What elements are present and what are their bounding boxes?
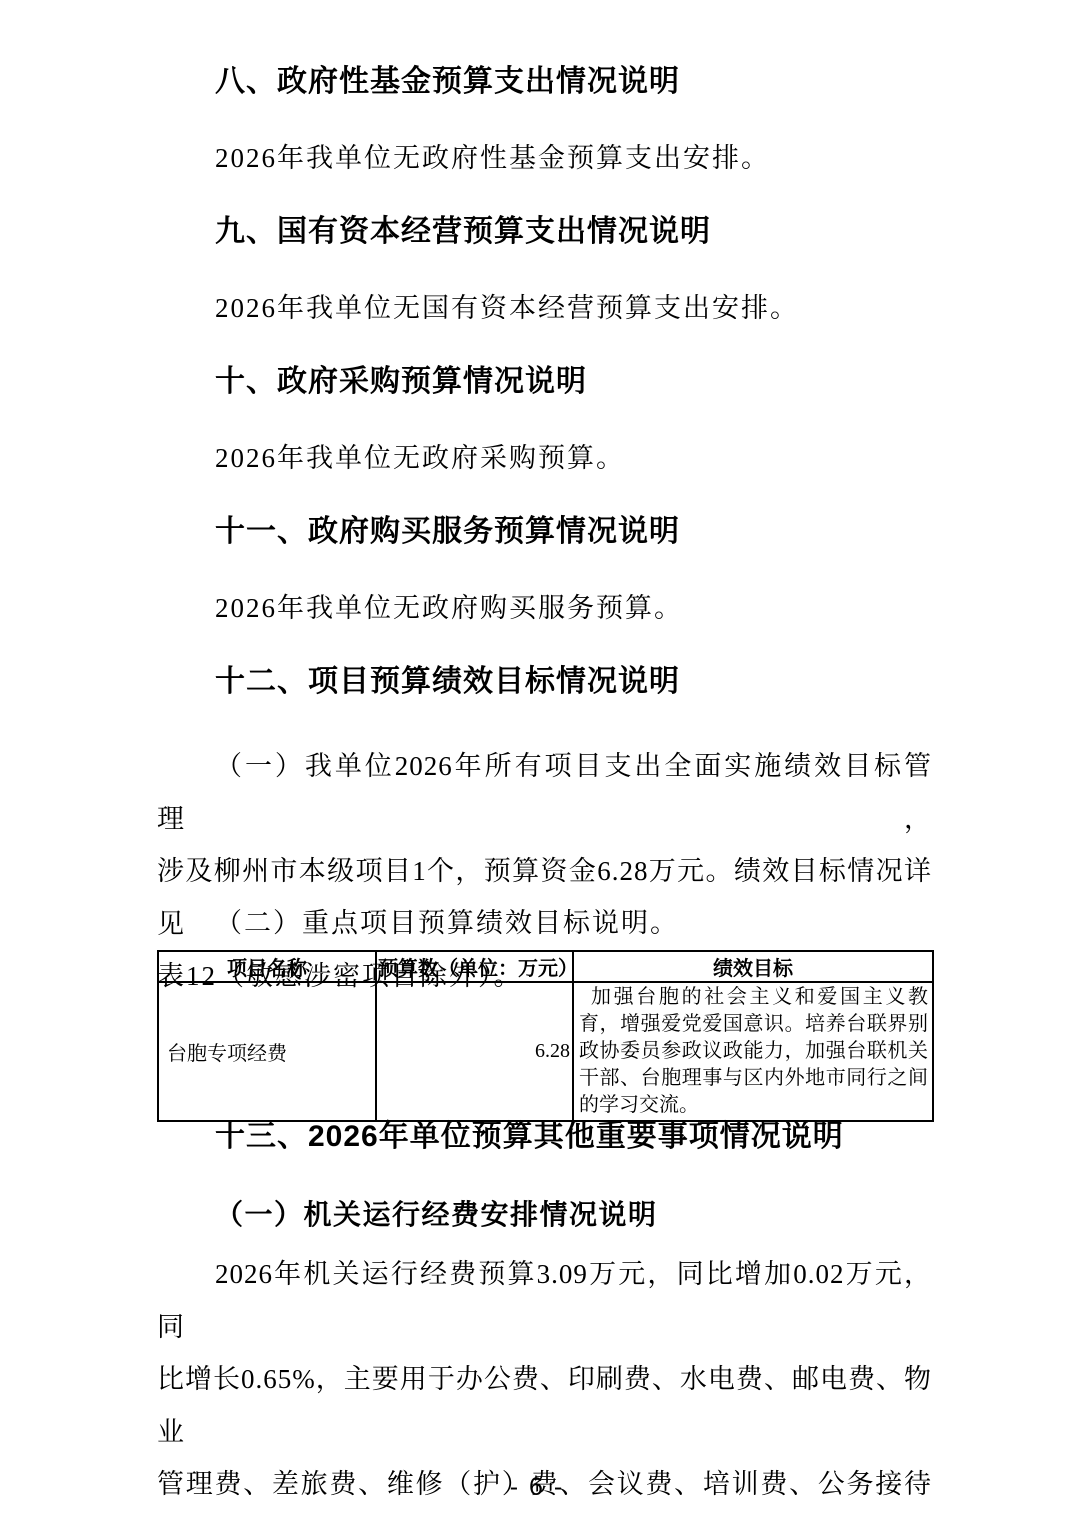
table-header-budget: 预算数（单位：万元）	[376, 951, 573, 982]
paragraph-line: （一）我单位2026年所有项目支出全面实施绩效目标管理，	[157, 740, 932, 845]
table-header-project-name: 项目名称	[158, 951, 376, 982]
section-body-9: 2026年我单位无国有资本经营预算支出安排。	[157, 290, 932, 326]
table-cell-budget: 6.28	[376, 982, 573, 1121]
section-heading-8: 八、政府性基金预算支出情况说明	[157, 62, 932, 102]
section-body-8: 2026年我单位无政府性基金预算支出安排。	[157, 140, 932, 176]
table-cell-goal: 加强台胞的社会主义和爱国主义教育，增强爱党爱国意识。培养台联界别政协委员参政议政…	[573, 982, 933, 1121]
paragraph-line: （二）重点项目预算绩效目标说明。	[157, 897, 932, 950]
paragraph-line: 2026年机关运行经费预算3.09万元，同比增加0.02万元，同	[157, 1248, 932, 1353]
paragraph-line: 比增长0.65%，主要用于办公费、印刷费、水电费、邮电费、物业	[157, 1353, 932, 1458]
section-body-10: 2026年我单位无政府采购预算。	[157, 440, 932, 476]
performance-goal-table: 项目名称 预算数（单位：万元） 绩效目标 台胞专项经费 6.28 加强台胞的社会…	[157, 950, 934, 1122]
section-heading-9: 九、国有资本经营预算支出情况说明	[157, 212, 932, 252]
section-12-paragraph-2: （二）重点项目预算绩效目标说明。	[157, 897, 932, 950]
document-page: 八、政府性基金预算支出情况说明 2026年我单位无政府性基金预算支出安排。 九、…	[0, 0, 1074, 1520]
table-cell-project-name: 台胞专项经费	[158, 982, 376, 1121]
section-heading-10: 十、政府采购预算情况说明	[157, 362, 932, 402]
page-number: - 6 -	[0, 1472, 1074, 1502]
section-subheading-13: （一）机关运行经费安排情况说明	[157, 1196, 932, 1236]
table-row: 台胞专项经费 6.28 加强台胞的社会主义和爱国主义教育，增强爱党爱国意识。培养…	[158, 982, 933, 1121]
section-heading-12: 十二、项目预算绩效目标情况说明	[157, 662, 932, 702]
section-body-11: 2026年我单位无政府购买服务预算。	[157, 590, 932, 626]
section-heading-11: 十一、政府购买服务预算情况说明	[157, 512, 932, 552]
section-heading-13: 十三、2026年单位预算其他重要事项情况说明	[157, 1117, 932, 1157]
table-header-row: 项目名称 预算数（单位：万元） 绩效目标	[158, 951, 933, 982]
table-header-goal: 绩效目标	[573, 951, 933, 982]
